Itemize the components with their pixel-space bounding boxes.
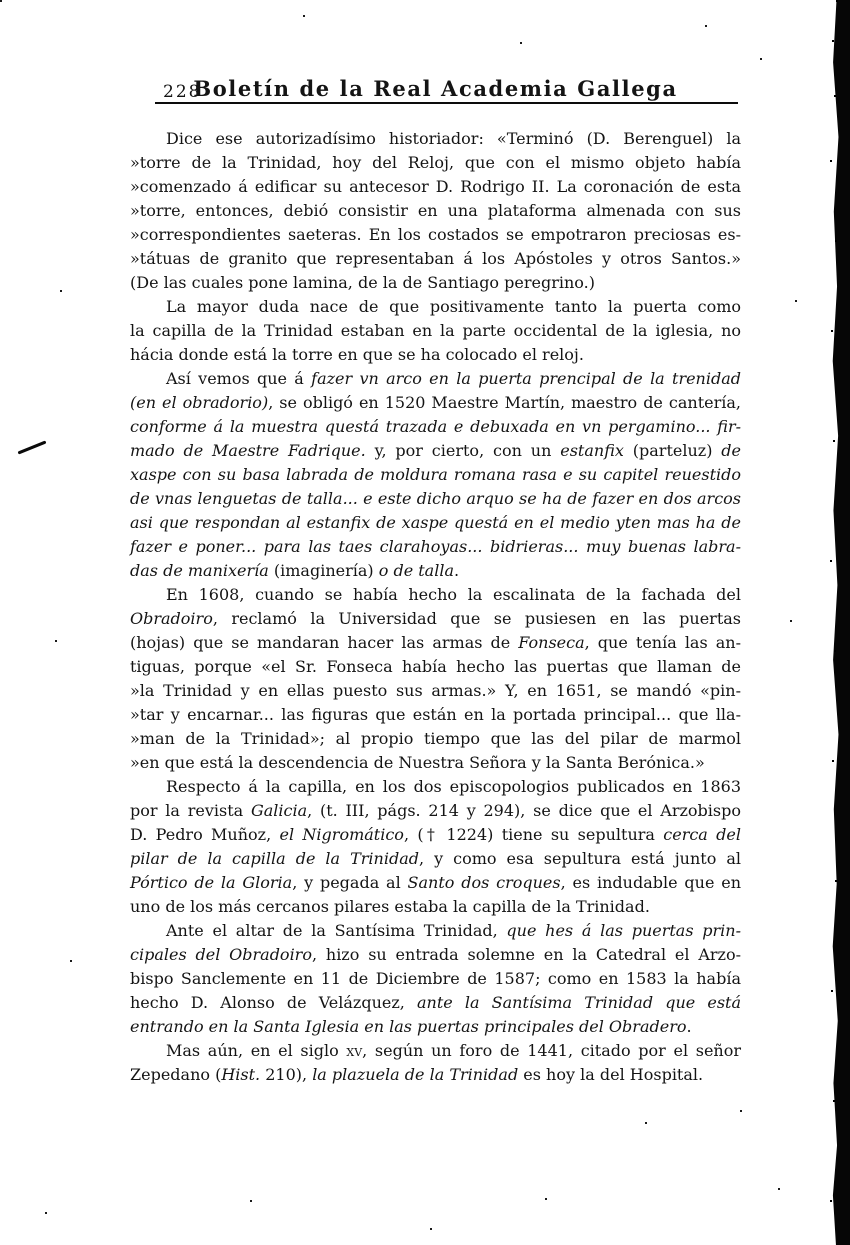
text-line: Ante el altar de la Santísima Trinidad, … bbox=[130, 919, 741, 943]
text-line: bispo Sanclemente en 11 de Diciembre de … bbox=[130, 967, 741, 991]
text-block: Dice ese autorizadísimo historiador: «Te… bbox=[130, 127, 741, 1087]
paragraph: En 1608, cuando se había hecho la escali… bbox=[130, 583, 741, 775]
text-line: Dice ese autorizadísimo historiador: «Te… bbox=[130, 127, 741, 151]
text-line: Zepedano (Hist. 210), la plazuela de la … bbox=[130, 1063, 741, 1087]
text-line: Así vemos que á fazer vn arco en la puer… bbox=[130, 367, 741, 391]
text-line: Mas aún, en el siglo xv, según un foro d… bbox=[130, 1039, 741, 1063]
paragraph: Dice ese autorizadísimo historiador: «Te… bbox=[130, 127, 741, 295]
text-line: pilar de la capilla de la Trinidad, y co… bbox=[130, 847, 741, 871]
page-header: 228 Boletín de la Real Academia Gallega bbox=[130, 76, 741, 104]
text-line: tiguas, porque «el Sr. Fonseca había hec… bbox=[130, 655, 741, 679]
page-title: Boletín de la Real Academia Gallega bbox=[130, 76, 741, 101]
text-line: »comenzado á edificar su antecesor D. Ro… bbox=[130, 175, 741, 199]
text-line: asi que respondan al estanfix de xaspe q… bbox=[130, 511, 741, 535]
paragraph: Mas aún, en el siglo xv, según un foro d… bbox=[130, 1039, 741, 1087]
paragraph: Ante el altar de la Santísima Trinidad, … bbox=[130, 919, 741, 1039]
text-line: conforme á la muestra questá trazada e d… bbox=[130, 415, 741, 439]
text-line: Pórtico de la Gloria, y pegada al Santo … bbox=[130, 871, 741, 895]
text-line: xaspe con su basa labrada de moldura rom… bbox=[130, 463, 741, 487]
text-line: En 1608, cuando se había hecho la escali… bbox=[130, 583, 741, 607]
paragraph: Así vemos que á fazer vn arco en la puer… bbox=[130, 367, 741, 583]
pen-mark-artifact bbox=[18, 440, 47, 454]
text-line: das de manixería (imaginería) o de talla… bbox=[130, 559, 741, 583]
text-line: »torre, entonces, debió consistir en una… bbox=[130, 199, 741, 223]
binding-edge-strip bbox=[832, 0, 850, 1245]
text-line: de vnas lenguetas de talla... e este dic… bbox=[130, 487, 741, 511]
text-line: cipales del Obradoiro, hizo su entrada s… bbox=[130, 943, 741, 967]
paragraph: Respecto á la capilla, en los dos episco… bbox=[130, 775, 741, 919]
text-line: Obradoiro, reclamó la Universidad que se… bbox=[130, 607, 741, 631]
scanned-page: 228 Boletín de la Real Academia Gallega … bbox=[0, 0, 850, 1245]
text-line: La mayor duda nace de que positivamente … bbox=[130, 295, 741, 319]
text-line: »tátuas de granito que representaban á l… bbox=[130, 247, 741, 271]
text-line: entrando en la Santa Iglesia en las puer… bbox=[130, 1015, 741, 1039]
text-line: (hojas) que se mandaran hacer las armas … bbox=[130, 631, 741, 655]
header-rule bbox=[155, 102, 738, 104]
text-line: mado de Maestre Fadrique. y, por cierto,… bbox=[130, 439, 741, 463]
paragraph: La mayor duda nace de que positivamente … bbox=[130, 295, 741, 367]
text-line: por la revista Galicia, (t. III, págs. 2… bbox=[130, 799, 741, 823]
text-line: »en que está la descendencia de Nuestra … bbox=[130, 751, 741, 775]
text-line: »la Trinidad y en ellas puesto sus armas… bbox=[130, 679, 741, 703]
text-line: (De las cuales pone lamina, de la de San… bbox=[130, 271, 741, 295]
text-line: la capilla de la Trinidad estaban en la … bbox=[130, 319, 741, 343]
text-line: »man de la Trinidad»; al propio tiempo q… bbox=[130, 727, 741, 751]
scan-speckles bbox=[0, 0, 2, 2]
binding-edge-noise bbox=[836, 0, 838, 2]
text-line: »correspondientes saeteras. En los costa… bbox=[130, 223, 741, 247]
text-line: D. Pedro Muñoz, el Nigromático, († 1224)… bbox=[130, 823, 741, 847]
text-line: Respecto á la capilla, en los dos episco… bbox=[130, 775, 741, 799]
text-line: hecho D. Alonso de Velázquez, ante la Sa… bbox=[130, 991, 741, 1015]
text-line: »torre de la Trinidad, hoy del Reloj, qu… bbox=[130, 151, 741, 175]
text-line: uno de los más cercanos pilares estaba l… bbox=[130, 895, 741, 919]
text-line: »tar y encarnar... las figuras que están… bbox=[130, 703, 741, 727]
text-line: hácia donde está la torre en que se ha c… bbox=[130, 343, 741, 367]
text-line: (en el obradorio), se obligó en 1520 Mae… bbox=[130, 391, 741, 415]
text-line: fazer e poner... para las taes clarahoya… bbox=[130, 535, 741, 559]
